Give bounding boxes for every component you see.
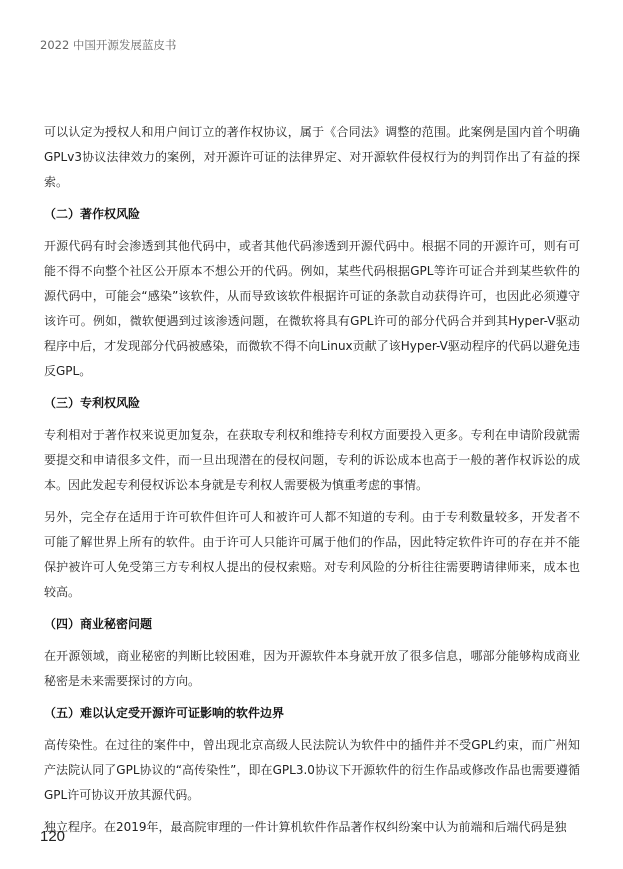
page-number: 120 xyxy=(40,828,65,845)
paragraph-contract-law: 可以认定为授权人和用户间订立的著作权协议，属于《合同法》调整的范围。此案例是国内… xyxy=(44,120,580,195)
running-header: 2022 中国开源发展蓝皮书 xyxy=(40,37,176,53)
paragraph-copyright-risk: 开源代码有时会渗透到其他代码中，或者其他代码渗透到开源代码中。根据不同的开源许可… xyxy=(44,234,580,384)
section-heading-patent-risk: （三）专利权风险 xyxy=(44,391,580,416)
paragraph-independent-program: 独立程序。在2019年，最高院审理的一件计算机软件作品著作权纠纷案中认为前端和后… xyxy=(44,815,580,840)
paragraph-patent-risk-1: 专利相对于著作权来说更加复杂，在获取专利权和维持专利权方面要投入更多。专利在申请… xyxy=(44,423,580,498)
section-heading-copyright-risk: （二）著作权风险 xyxy=(44,202,580,227)
paragraph-patent-risk-2: 另外，完全存在适用于许可软件但许可人和被许可人都不知道的专利。由于专利数量较多，… xyxy=(44,505,580,605)
page-body: 可以认定为授权人和用户间订立的著作权协议，属于《合同法》调整的范围。此案例是国内… xyxy=(44,120,580,847)
section-heading-trade-secret: （四）商业秘密问题 xyxy=(44,612,580,637)
paragraph-high-contagion: 高传染性。在过往的案件中，曾出现北京高级人民法院认为软件中的插件并不受GPL约束… xyxy=(44,733,580,808)
section-heading-software-boundary: （五）难以认定受开源许可证影响的软件边界 xyxy=(44,701,580,726)
paragraph-trade-secret: 在开源领域，商业秘密的判断比较困难，因为开源软件本身就开放了很多信息，哪部分能够… xyxy=(44,644,580,694)
